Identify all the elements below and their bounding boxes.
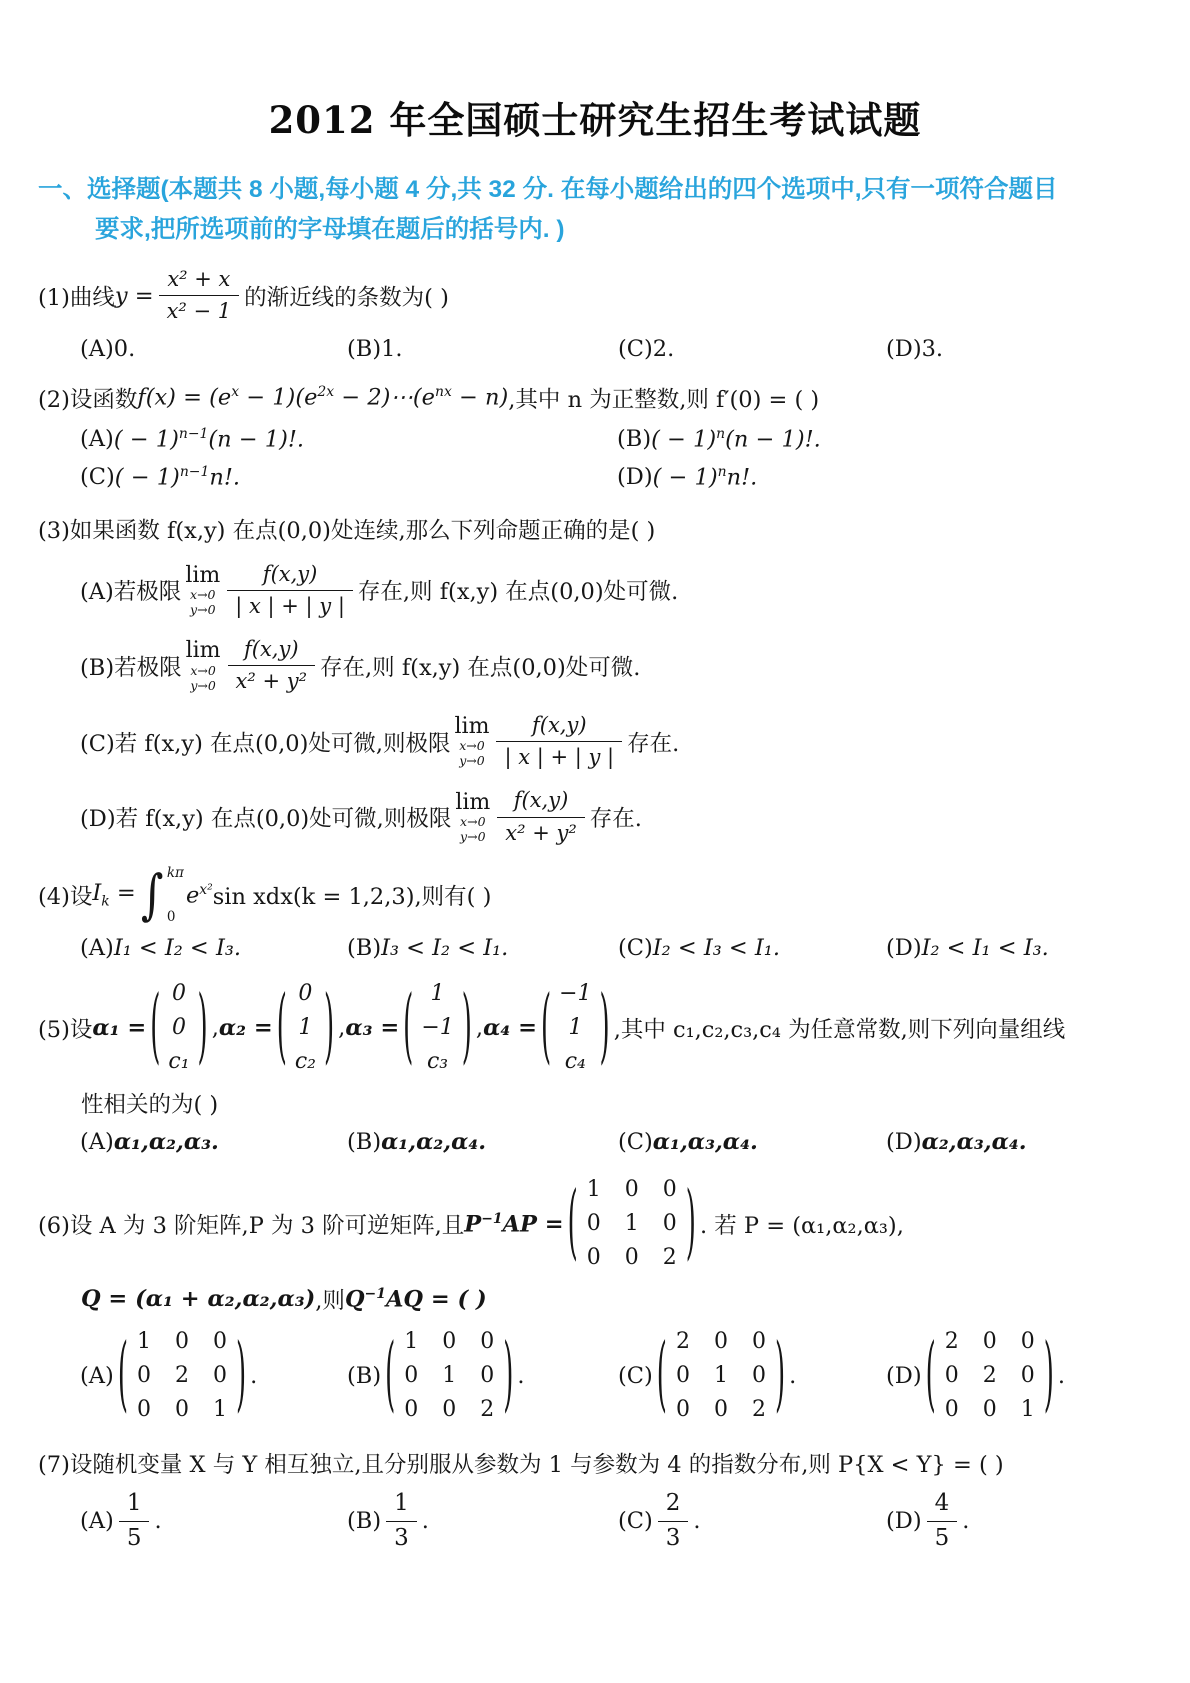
q6-option-d: (D)(200020001). (886, 1325, 1190, 1427)
q2-options-row2: (C)( − 1)n−1n!. (D)( − 1)nn!. (80, 464, 1190, 491)
q6-option-d-matrix: (200020001) (925, 1325, 1055, 1427)
q3-option-a: (A)若极限 limx→0y→0 f(x,y)| x | + | y | 存在,… (80, 561, 1190, 621)
q1-option-d: (D)3. (886, 336, 1190, 362)
vector-alpha-3: (1−1c₃) (402, 977, 473, 1079)
question-6: (6)设 A 为 3 阶矩阵,P 为 3 阶可逆矩阵,且 P−1AP = (10… (38, 1173, 1190, 1275)
q6-option-c: (C)(200010002). (618, 1325, 886, 1427)
question-5: (5)设 α₁ = (00c₁) , α₂ = (01c₂) , α₃ = (1… (38, 977, 1190, 1079)
q6-stem-line2: Q = (α₁ + α₂,α₂,α₃) ,则 Q−1AQ = ( ) (81, 1283, 1190, 1315)
section-heading: 一、选择题(本题共 8 小题,每小题 4 分,共 32 分. 在每小题给出的四个… (38, 170, 1190, 250)
q2-option-a: (A)( − 1)n−1(n − 1)!. (80, 426, 617, 453)
q1-options: (A)0. (B)1. (C)2. (D)3. (80, 336, 1190, 362)
q1-fraction: x² + x x² − 1 (159, 266, 240, 326)
limit-operator: limx→0y→0 (455, 791, 490, 844)
q2-lead: (2)设函数 (38, 382, 137, 414)
q2-option-d: (D)( − 1)nn!. (617, 464, 1190, 491)
limit-operator: limx→0y→0 (455, 715, 490, 768)
fraction-denominator: x² − 1 (159, 296, 240, 325)
q4-option-a: (A)I₁ < I₂ < I₃. (80, 935, 347, 961)
q2-formula: f(x) = (ex − 1)(e2x − 2)⋯(enx − n) (137, 384, 508, 411)
vector-alpha-2: (01c₂) (276, 977, 335, 1079)
q7-option-b: (B)13. (347, 1489, 618, 1554)
q4-rest: sin xdx(k = 1,2,3),则有( ) (213, 879, 492, 911)
q7-options: (A)15. (B)13. (C)23. (D)45. (80, 1489, 1190, 1554)
q6-option-a-matrix: (100020001) (117, 1325, 247, 1427)
q4-options: (A)I₁ < I₂ < I₃. (B)I₃ < I₂ < I₁. (C)I₂ … (80, 935, 1190, 961)
q7c-fraction: 23 (658, 1489, 689, 1554)
q1-option-b: (B)1. (347, 336, 618, 362)
q4-Ik: Ik = (92, 880, 135, 910)
q1-option-a: (A)0. (80, 336, 347, 362)
integral-bounds: kπ0 (167, 865, 184, 925)
q6-after: . 若 P = (α₁,α₂,α₃), (700, 1208, 904, 1240)
question-3-stem: (3)如果函数 f(x,y) 在点(0,0)处连续,那么下列命题正确的是( ) (38, 513, 1190, 545)
q2-tail: ,其中 n 为正整数,则 f′(0) = ( ) (508, 382, 819, 414)
q6-option-c-matrix: (200010002) (656, 1325, 786, 1427)
q4-option-c: (C)I₂ < I₃ < I₁. (618, 935, 886, 961)
q6-option-a: (A)(100020001). (80, 1325, 347, 1427)
q5-option-c: (C)α₁,α₃,α₄. (618, 1129, 886, 1155)
q1-lhs: y = (115, 283, 154, 309)
q4-lead: (4)设 (38, 879, 92, 911)
q6-option-b-matrix: (100010002) (384, 1325, 514, 1427)
q3-option-b: (B)若极限 limx→0y→0 f(x,y)x² + y² 存在,则 f(x,… (80, 636, 1190, 696)
q3d-fraction: f(x,y)x² + y² (497, 787, 585, 847)
q5-stem-line2: 性相关的为( ) (81, 1087, 1190, 1119)
section-heading-line2: 要求,把所选项前的字母填在题后的括号内. ) (95, 210, 1190, 250)
q5-option-a: (A)α₁,α₂,α₃. (80, 1129, 347, 1155)
integral: ∫ kπ0 (138, 865, 184, 925)
q4-integrand: ex² (186, 882, 213, 909)
q1-option-c: (C)2. (618, 336, 886, 362)
matrix-p-inv-ap: (100010002) (567, 1173, 697, 1275)
q2-option-b: (B)( − 1)n(n − 1)!. (617, 426, 1190, 453)
q2-option-c: (C)( − 1)n−1n!. (80, 464, 617, 491)
q6-lead: (6)设 A 为 3 阶矩阵,P 为 3 阶可逆矩阵,且 (38, 1208, 464, 1240)
question-1: (1)曲线 y = x² + x x² − 1 的渐近线的条数为( ) (38, 266, 1190, 326)
q7b-fraction: 13 (386, 1489, 417, 1554)
fraction-numerator: x² + x (159, 266, 240, 296)
question-4: (4)设 Ik = ∫ kπ0 ex² sin xdx(k = 1,2,3),则… (38, 865, 1190, 925)
q1-lead: (1)曲线 (38, 280, 115, 312)
q5-lead: (5)设 (38, 1012, 92, 1044)
q7-option-a: (A)15. (80, 1489, 347, 1554)
q7a-fraction: 15 (119, 1489, 150, 1554)
q7d-fraction: 45 (927, 1489, 958, 1554)
integral-sign: ∫ (141, 872, 164, 918)
q3c-fraction: f(x,y)| x | + | y | (496, 712, 622, 772)
q3-option-d: (D)若 f(x,y) 在点(0,0)处可微,则极限 limx→0y→0 f(x… (80, 787, 1190, 847)
page-title: 2012 年全国硕士研究生招生考试试题 (0, 0, 1190, 144)
q2-options-row1: (A)( − 1)n−1(n − 1)!. (B)( − 1)n(n − 1)!… (80, 426, 1190, 453)
q4-option-b: (B)I₃ < I₂ < I₁. (347, 935, 618, 961)
q6-option-b: (B)(100010002). (347, 1325, 618, 1427)
q5-tail: ,其中 c₁,c₂,c₃,c₄ 为任意常数,则下列向量组线 (614, 1012, 1066, 1044)
question-2: (2)设函数 f(x) = (ex − 1)(e2x − 2)⋯(enx − n… (38, 382, 1190, 414)
q4-option-d: (D)I₂ < I₁ < I₃. (886, 935, 1190, 961)
exam-page: 2012 年全国硕士研究生招生考试试题 一、选择题(本题共 8 小题,每小题 4… (0, 0, 1190, 1683)
section-heading-line1: 一、选择题(本题共 8 小题,每小题 4 分,共 32 分. 在每小题给出的四个… (38, 170, 1190, 210)
q7-option-c: (C)23. (618, 1489, 886, 1554)
q3a-fraction: f(x,y)| x | + | y | (227, 561, 353, 621)
q6-options: (A)(100020001). (B)(100010002). (C)(2000… (80, 1325, 1190, 1427)
q3b-fraction: f(x,y)x² + y² (228, 636, 316, 696)
question-7-stem: (7)设随机变量 X 与 Y 相互独立,且分别服从参数为 1 与参数为 4 的指… (38, 1447, 1190, 1479)
limit-operator: limx→0y→0 (186, 639, 221, 692)
vector-alpha-4: (−11c₄) (540, 977, 611, 1079)
q6-pap-lhs: P−1AP = (464, 1211, 563, 1238)
q5-options: (A)α₁,α₂,α₃. (B)α₁,α₂,α₄. (C)α₁,α₃,α₄. (… (80, 1129, 1190, 1155)
q5-option-b: (B)α₁,α₂,α₄. (347, 1129, 618, 1155)
q7-option-d: (D)45. (886, 1489, 1190, 1554)
vector-alpha-1: (00c₁) (149, 977, 208, 1079)
q1-tail: 的渐近线的条数为( ) (244, 280, 449, 312)
q5-option-d: (D)α₂,α₃,α₄. (886, 1129, 1190, 1155)
limit-operator: limx→0y→0 (185, 564, 220, 617)
q3-option-c: (C)若 f(x,y) 在点(0,0)处可微,则极限 limx→0y→0 f(x… (80, 712, 1190, 772)
